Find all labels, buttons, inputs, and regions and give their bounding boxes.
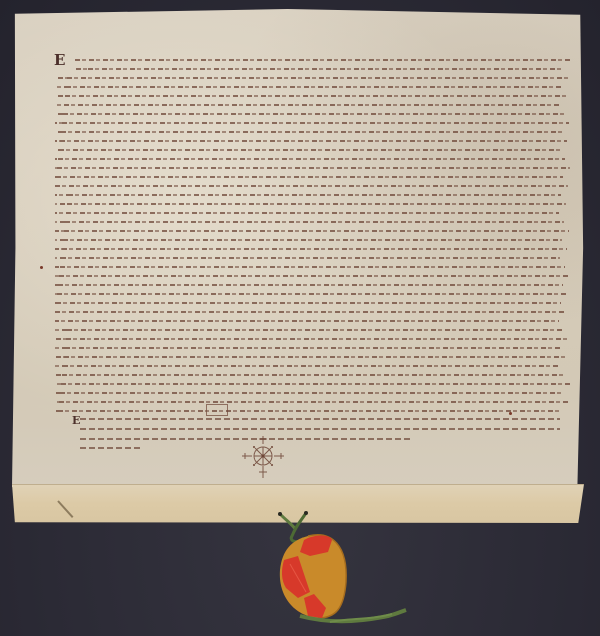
handwritten-text-line (55, 401, 568, 403)
handwritten-text-line (55, 320, 559, 322)
handwritten-text-line (55, 113, 564, 115)
handwritten-text-line (75, 59, 570, 61)
handwritten-text-line (55, 329, 564, 331)
handwritten-text-line (55, 203, 566, 205)
handwritten-text-line (55, 338, 569, 340)
handwritten-text-line (55, 311, 566, 313)
eschatocol-initial: E (72, 414, 80, 427)
handwritten-text-line (55, 266, 565, 268)
handwritten-text-line (55, 185, 568, 187)
handwritten-text-line (55, 392, 563, 394)
handwritten-text-line (55, 248, 567, 250)
handwritten-text-line (55, 212, 559, 214)
handwritten-text-line (55, 167, 570, 169)
handwritten-text-line (55, 365, 560, 367)
handwritten-text-line (55, 239, 562, 241)
handwritten-text-line (55, 221, 564, 223)
handwritten-text-line (55, 410, 561, 412)
handwritten-text-line (55, 230, 569, 232)
charter-text-block (55, 57, 570, 417)
eschatocol-line (80, 418, 560, 420)
handwritten-text-line (55, 302, 561, 304)
handwritten-text-line (55, 95, 566, 97)
handwritten-text-line (55, 293, 568, 295)
handwritten-text-line (55, 347, 562, 349)
wax-seal-icon (270, 500, 410, 636)
handwritten-text-line (55, 176, 563, 178)
eschatocol-line (80, 428, 560, 430)
handwritten-text-line (55, 356, 567, 358)
parchment-stain (40, 266, 43, 269)
handwritten-text-line (55, 122, 569, 124)
parchment-stain (509, 412, 512, 415)
handwritten-text-line (55, 77, 568, 79)
notary-subscription-box (206, 404, 228, 416)
eschatocol-line (80, 447, 140, 449)
handwritten-text-line (55, 374, 565, 376)
handwritten-text-line (55, 140, 567, 142)
handwritten-text-line (55, 104, 559, 106)
handwritten-text-line (55, 275, 570, 277)
handwritten-text-line (55, 149, 560, 151)
handwritten-text-line (55, 131, 562, 133)
handwritten-text-line (55, 383, 570, 385)
handwritten-text-line (55, 284, 563, 286)
handwritten-text-line (75, 68, 563, 70)
handwritten-text-line (55, 86, 561, 88)
handwritten-text-line (55, 194, 561, 196)
notarial-signum-icon (238, 434, 288, 484)
handwritten-text-line (55, 257, 560, 259)
handwritten-text-line (55, 158, 565, 160)
